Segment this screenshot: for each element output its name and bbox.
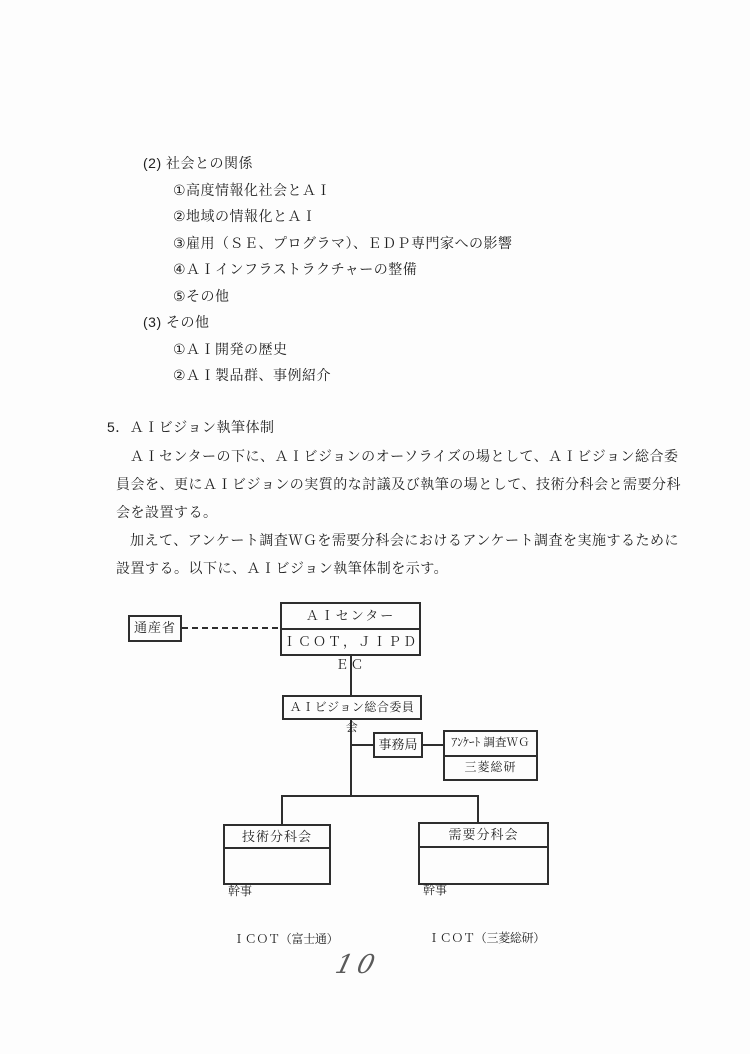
secretary-member: ＩＣＯＴ（富士通）: [228, 931, 329, 947]
survey-wg-title: ｱﾝｹｰﾄ 調査ＷＧ: [445, 732, 536, 757]
outline-subitem: ③雇用（ＳＥ、プログラマ）、ＥＤＰ専門家への影響: [143, 230, 513, 257]
ai-center-title: ＡＩセンター: [282, 604, 419, 630]
outline-item-2: (2) 社会との関係: [143, 150, 513, 177]
outline-subitem: ④ＡＩインフラストラクチャーの整備: [143, 256, 513, 283]
section-5: 5．ＡＩビジョン執筆体制 ＡＩセンターの下に、ＡＩビジョンのオーソライズの場とし…: [107, 412, 681, 582]
section-paragraph: ＡＩセンターの下に、ＡＩビジョンのオーソライズの場として、ＡＩビジョン総合委 員…: [116, 442, 681, 582]
technical-subcommittee-body: 幹事 ＩＣＯＴ（富士通）: [225, 849, 329, 979]
secretariat-label: 事務局: [375, 734, 421, 755]
outline-subitem: ②地域の情報化とＡＩ: [143, 203, 513, 230]
paragraph-line: 会を設置する。: [116, 498, 681, 526]
document-page: (2) 社会との関係 ①高度情報化社会とＡＩ ②地域の情報化とＡＩ ③雇用（ＳＥ…: [0, 0, 750, 1054]
box-technical-subcommittee: 技術分科会 幹事 ＩＣＯＴ（富士通）: [223, 824, 331, 885]
outline-list: (2) 社会との関係 ①高度情報化社会とＡＩ ②地域の情報化とＡＩ ③雇用（ＳＥ…: [143, 150, 513, 389]
paragraph-line: 加えて、アンケート調査ＷＧを需要分科会におけるアンケート調査を実施するために: [116, 526, 681, 554]
ministry-label: 通産省: [130, 617, 180, 639]
outline-item-3: (3) その他: [143, 309, 513, 336]
paragraph-line: 設置する。以下に、ＡＩビジョン執筆体制を示す。: [116, 554, 681, 582]
outline-subitem: ①ＡＩ開発の歴史: [143, 336, 513, 363]
technical-subcommittee-title: 技術分科会: [225, 826, 329, 849]
outline-subitem: ②ＡＩ製品群、事例紹介: [143, 362, 513, 389]
outline-subitem: ⑤その他: [143, 283, 513, 310]
secretary-member: ＩＣＯＴ（三菱総研）: [423, 930, 547, 946]
page-number: 10: [332, 950, 383, 980]
ai-center-members: ＩＣＯＴ，ＪＩＰＤＥＣ: [282, 630, 419, 676]
secretary-label: 幹事: [228, 883, 329, 899]
box-survey-wg: ｱﾝｹｰﾄ 調査ＷＧ 三菱総研: [443, 730, 538, 781]
box-ai-center: ＡＩセンター ＩＣＯＴ，ＪＩＰＤＥＣ: [280, 602, 421, 656]
outline-subitem: ①高度情報化社会とＡＩ: [143, 177, 513, 204]
demand-subcommittee-body: 幹事 ＩＣＯＴ（三菱総研）: [420, 848, 547, 978]
general-committee-label: ＡＩビジョン総合委員会: [284, 697, 420, 737]
secretary-label: 幹事: [423, 882, 547, 898]
section-heading: 5．ＡＩビジョン執筆体制: [107, 412, 681, 442]
box-demand-subcommittee: 需要分科会 幹事 ＩＣＯＴ（三菱総研）: [418, 822, 549, 885]
paragraph-line: ＡＩセンターの下に、ＡＩビジョンのオーソライズの場として、ＡＩビジョン総合委: [116, 442, 681, 470]
box-secretariat: 事務局: [373, 732, 423, 758]
box-general-committee: ＡＩビジョン総合委員会: [282, 695, 422, 720]
demand-subcommittee-title: 需要分科会: [420, 824, 547, 848]
paragraph-line: 員会を、更にＡＩビジョンの実質的な討議及び執筆の場として、技術分科会と需要分科: [116, 470, 681, 498]
box-ministry: 通産省: [128, 615, 182, 642]
survey-wg-member: 三菱総研: [445, 757, 536, 778]
